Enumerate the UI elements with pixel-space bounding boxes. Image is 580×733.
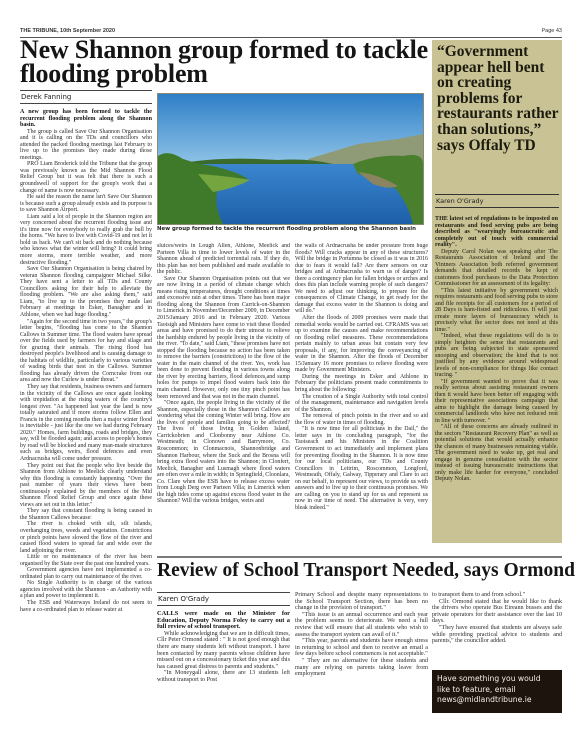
paragraph: Government agencies have not implemented…: [20, 567, 152, 580]
paragraph: The group is called Save Our Shannon Org…: [20, 129, 152, 162]
paragraph: "Again for the second time in two years,…: [20, 319, 152, 384]
paragraph: Liam said a lot of people in the Shannon…: [20, 214, 152, 266]
paragraph: Save Our Shannon Organisation is being c…: [20, 266, 152, 318]
ad-line-1: Have something you would: [437, 674, 557, 685]
ad-email-link[interactable]: news@midlandtribune.ie: [437, 695, 557, 706]
paragraph: During the meetings in Esker and Athlone…: [295, 374, 428, 394]
article-left-column: Derek Fanning A new group has been forme…: [20, 90, 152, 613]
paragraph: While acknowledging that we are in diffi…: [157, 631, 290, 671]
paragraph: The removal of pinch points in the river…: [295, 413, 428, 426]
byline: Derek Fanning: [20, 90, 152, 104]
article-middle-column: sluices/weirs in Lough Allen, Athlone, M…: [157, 243, 290, 555]
paragraph: sluices/weirs in Lough Allen, Athlone, M…: [157, 243, 290, 276]
sidebar-text: THE latest set of regulations to be impo…: [435, 216, 558, 483]
article-right-column: the walls of Ardnacrusha be under pressu…: [295, 243, 428, 555]
article-headline: New Shannon group formed to tackle flood…: [20, 38, 430, 86]
paragraph: He said the reason the name isn't Save O…: [20, 194, 152, 214]
paragraph: "This year, parents and students have en…: [295, 638, 428, 658]
article2-middle-column: Primary School and despite many represen…: [295, 592, 428, 678]
lead-paragraph: CALLS were made on the Minister for Educ…: [157, 611, 290, 631]
paragraph: Primary School and despite many represen…: [295, 592, 428, 612]
sidebar-article: “Government appear hell bent on creating…: [432, 40, 562, 543]
paragraph: to transport them to and from school.": [432, 592, 562, 599]
column-text: CALLS were made on the Minister for Educ…: [157, 611, 290, 684]
paragraph: "If government wanted to prove that it w…: [435, 379, 558, 425]
article2-byline: Karen O'Grady: [157, 592, 290, 606]
article2-headline: Review of School Transport Needed, says …: [157, 560, 567, 582]
paragraph: They say that residents, business owners…: [20, 384, 152, 463]
paragraph: They say that constant flooding is being…: [20, 508, 152, 521]
paragraph: "This latest initiative by government wh…: [435, 288, 558, 334]
paper-date: THE TRIBUNE, 10th September 2020: [20, 28, 115, 34]
paragraph: the walls of Ardnacrusha be under pressu…: [295, 243, 428, 315]
paragraph: The ESB and Waterways Ireland do not see…: [20, 600, 152, 613]
ad-line-2: like to feature, email: [437, 685, 557, 696]
paragraph: " They are no alternative for these stud…: [295, 658, 428, 678]
river-photo: [157, 93, 424, 225]
paragraph: "All of these concerns are already outli…: [435, 424, 558, 483]
sidebar-byline: Karen O'Grady: [435, 194, 559, 208]
paragraph: "This issue is an annual occurrence and …: [295, 612, 428, 638]
article2-right-column: to transport them to and from school." C…: [432, 592, 562, 645]
paragraph: Cllr. Ormond stated that he would like t…: [432, 599, 562, 625]
contact-ad-box: Have something you would like to feature…: [432, 670, 562, 713]
paragraph: "It is now time for all politicians in t…: [295, 426, 428, 511]
paragraph: "They have ensured that students are alw…: [432, 625, 562, 645]
paragraph: Save Our Shannon Organisation points out…: [157, 276, 290, 400]
paragraph: The creation of a Single Authority with …: [295, 394, 428, 414]
paragraph: The river is choked with silt, silt isla…: [20, 521, 152, 554]
lead-paragraph: A new group has been formed to tackle th…: [20, 109, 152, 129]
paragraph: "Once again, the people living in the vi…: [157, 400, 290, 505]
paragraph: "In Moneygall alone, there are 13 studen…: [157, 670, 290, 683]
column-text: A new group has been formed to tackle th…: [20, 109, 152, 613]
paragraph: Deputy Carol Nolan was speaking after Th…: [435, 249, 558, 288]
sidebar-headline: “Government appear hell bent on creating…: [437, 44, 559, 153]
paragraph: No Single Authority is in charge of the …: [20, 580, 152, 600]
paragraph: PRO Liam Broderick told the Tribune that…: [20, 161, 152, 194]
paragraph: Little or no maintenance of the river ha…: [20, 554, 152, 567]
article2-left-column: Karen O'Grady CALLS were made on the Min…: [157, 592, 290, 684]
photo-caption: New group formed to tackle the recurrent…: [157, 226, 427, 232]
paragraph: They point out that the people who live …: [20, 463, 152, 509]
lead-paragraph: THE latest set of regulations to be impo…: [435, 216, 558, 249]
section-divider: [157, 556, 562, 558]
landscape-image-icon: [158, 94, 423, 224]
paragraph: "Indeed, what these regulations will do …: [435, 333, 558, 379]
paragraph: After the floods of 2009 promises were m…: [295, 315, 428, 374]
page-number: Page 43: [542, 28, 563, 34]
